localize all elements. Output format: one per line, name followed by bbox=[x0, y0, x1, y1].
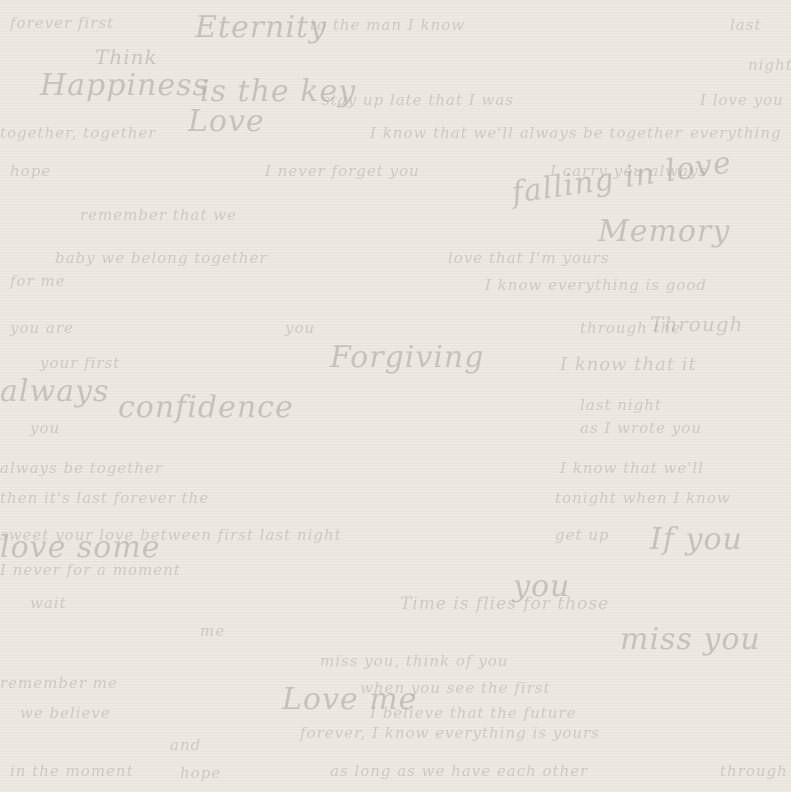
script-line: hope bbox=[10, 162, 51, 180]
script-word: Memory bbox=[598, 214, 730, 249]
script-line: I know that we'll always be together bbox=[370, 124, 683, 142]
script-line: last bbox=[730, 16, 761, 34]
script-line: I never forget you bbox=[265, 162, 420, 180]
script-line: forever, I know everything is yours bbox=[300, 724, 600, 742]
script-line: stay up late that I was bbox=[322, 91, 514, 109]
script-line: to the man I know bbox=[310, 16, 465, 34]
script-word: Happiness bbox=[40, 68, 209, 103]
script-line: sweet your love between first last night bbox=[0, 526, 342, 544]
script-line: for me bbox=[10, 272, 66, 290]
script-word: Forgiving bbox=[330, 340, 484, 375]
script-line: wait bbox=[30, 594, 67, 612]
script-line: miss you, think of you bbox=[320, 652, 508, 670]
script-line: when you see the first bbox=[360, 679, 551, 697]
script-word: confidence bbox=[118, 390, 294, 425]
script-line: we believe bbox=[20, 704, 111, 722]
script-line: forever first bbox=[10, 14, 114, 32]
script-line: I know everything is good bbox=[485, 276, 707, 294]
script-line: everything bbox=[690, 124, 782, 142]
script-word: miss you bbox=[620, 622, 761, 657]
script-line: in the moment bbox=[10, 762, 134, 780]
script-line: through bbox=[720, 762, 788, 780]
script-line: night bbox=[748, 56, 791, 74]
script-line: together, together bbox=[0, 124, 156, 142]
script-line: I believe that the future bbox=[370, 704, 576, 722]
script-line: you are bbox=[10, 319, 74, 337]
script-line: and bbox=[170, 736, 201, 754]
script-line: remember me bbox=[0, 674, 118, 692]
script-line: get up bbox=[555, 526, 610, 544]
script-line: I know that we'll bbox=[560, 459, 704, 477]
script-wallpaper: Eternity Think Happiness is the key Love… bbox=[0, 0, 791, 792]
script-line: as long as we have each other bbox=[330, 762, 588, 780]
script-word: always bbox=[0, 374, 109, 409]
script-line: Time is flies for those bbox=[400, 594, 609, 614]
script-line: as I wrote you bbox=[580, 419, 702, 437]
script-line: I never for a moment bbox=[0, 561, 181, 579]
script-line: last night bbox=[580, 396, 662, 414]
script-line: I carry you always bbox=[550, 162, 707, 180]
script-line: you bbox=[30, 419, 60, 437]
script-line: your first bbox=[40, 354, 120, 372]
script-line: baby we belong together bbox=[55, 249, 268, 267]
script-word: Eternity bbox=[195, 10, 327, 45]
script-line: you bbox=[285, 319, 315, 337]
script-line: me bbox=[200, 622, 225, 640]
script-line: tonight when I know bbox=[555, 489, 731, 507]
script-line: I love you bbox=[700, 91, 784, 109]
script-line: always be together bbox=[0, 459, 163, 477]
script-line: then it's last forever the bbox=[0, 489, 209, 507]
script-word: If you bbox=[650, 522, 743, 557]
script-line: love that I'm yours bbox=[448, 249, 609, 267]
script-word: Think bbox=[95, 45, 158, 69]
script-line: hope bbox=[180, 764, 221, 782]
script-word: Love bbox=[188, 104, 265, 139]
script-line: remember that we bbox=[80, 206, 237, 224]
script-line: I know that it bbox=[560, 354, 697, 375]
script-line: Through bbox=[650, 312, 743, 336]
